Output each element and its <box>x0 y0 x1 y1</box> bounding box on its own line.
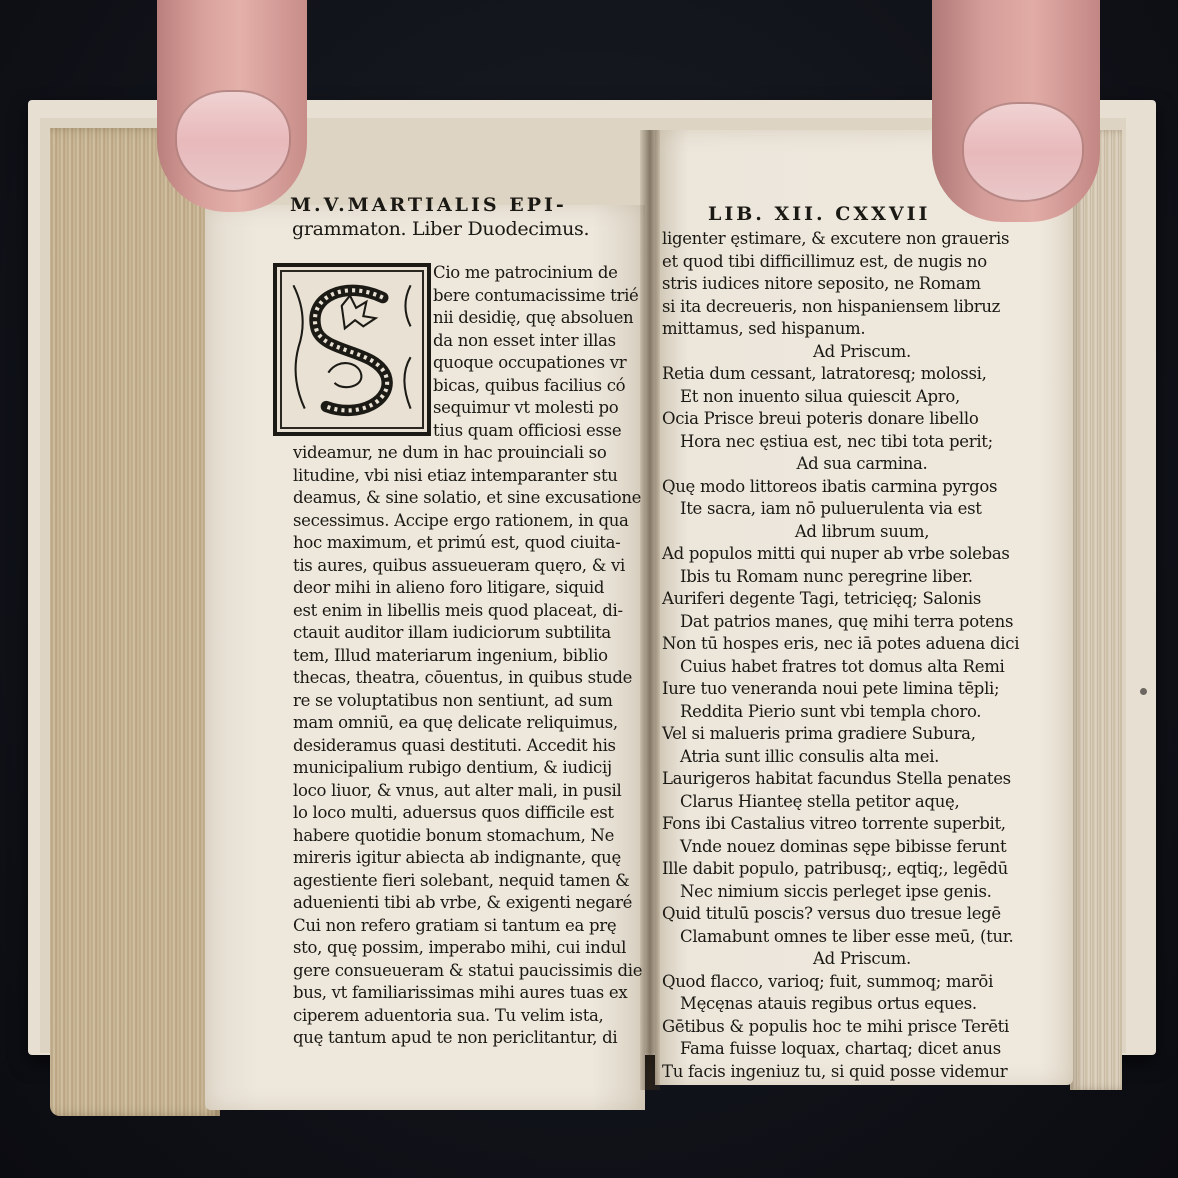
decorated-initial-s <box>273 263 431 436</box>
text-line: tis aures, quibus assueueram quęro, & vi <box>293 555 643 578</box>
left-running-head: M.V.MARTIALIS EPI- grammaton. Liber Duod… <box>290 193 640 241</box>
verse-line: Ocia Prisce breui poteris donare libello <box>662 408 1062 431</box>
text-line: Cui non refero gratiam si tantum ea prę <box>293 915 643 938</box>
poem-title: Ad librum suum, <box>662 521 1062 544</box>
left-page-opening-lines: Cio me patrocinium de bere contumacissim… <box>433 262 643 442</box>
text-line: desideramus quasi destituti. Accedit his <box>293 735 643 758</box>
text-line: sto, quę possim, imperabo mihi, cui indu… <box>293 937 643 960</box>
text-line: Cio me patrocinium de <box>433 262 643 285</box>
poem-title: Ad sua carmina. <box>662 453 1062 476</box>
verse-line: Atria sunt illic consulis alta mei. <box>662 746 1062 769</box>
verse-line: Nec nimium siccis perleget ipse genis. <box>662 881 1062 904</box>
verse-line: Et non inuento silua quiescit Apro, <box>662 386 1062 409</box>
verse-line: Quid titulū poscis? versus duo tresue le… <box>662 903 1062 926</box>
text-line: nii desidię, quę absoluen <box>433 307 643 330</box>
book-photo-scene: M.V.MARTIALIS EPI- grammaton. Liber Duod… <box>0 0 1178 1178</box>
verse-line: Ite sacra, iam nō puluerulenta via est <box>662 498 1062 521</box>
text-line: hoc maximum, et primú est, quod ciuita- <box>293 532 643 555</box>
verse-line: Ad populos mitti qui nuper ab vrbe soleb… <box>662 543 1062 566</box>
poem-title: Ad Priscum. <box>662 948 1062 971</box>
text-line: habere quotidie bonum stomachum, Ne <box>293 825 643 848</box>
text-line: thecas, theatra, cōuentus, in quibus stu… <box>293 667 643 690</box>
text-line: tem, Illud materiarum ingenium, biblio <box>293 645 643 668</box>
verse-line: Dat patrios manes, quę mihi terra potens <box>662 611 1062 634</box>
text-line: quę tantum apud te non periclitantur, di <box>293 1027 643 1050</box>
text-line: secessimus. Accipe ergo rationem, in qua <box>293 510 643 533</box>
verse-line: Quod flacco, varioq; fuit, summoq; marōi <box>662 971 1062 994</box>
right-running-head: LIB. XII. CXXVII <box>708 203 930 226</box>
left-thumb <box>157 0 307 212</box>
text-line: aduenienti tibi ab vrbe, & exigenti nega… <box>293 892 643 915</box>
text-line: sequimur vt molesti po <box>433 397 643 420</box>
verse-line: Vel si malueris prima gradiere Subura, <box>662 723 1062 746</box>
text-line: videamur, ne dum in hac prouinciali so <box>293 442 643 465</box>
verse-line: Tu facis ingeniuz tu, si quid posse vide… <box>662 1061 1062 1084</box>
cover-pinhole <box>1140 688 1147 695</box>
text-line: mireris igitur abiecta ab indignante, qu… <box>293 847 643 870</box>
text-line: est enim in libellis meis quod placeat, … <box>293 600 643 623</box>
text-line: ciperem aduentoria sua. Tu velim ista, <box>293 1005 643 1028</box>
text-line: mittamus, sed hispanum. <box>662 318 1062 341</box>
verse-line: Hora nec ęstiua est, nec tibi tota perit… <box>662 431 1062 454</box>
text-line: gere consueueram & statui paucissimis di… <box>293 960 643 983</box>
text-line: litudine, vbi nisi etiaz intemparanter s… <box>293 465 643 488</box>
running-head-line-2: grammaton. Liber Duodecimus. <box>290 217 640 241</box>
text-line: ctauit auditor illam iudiciorum subtilit… <box>293 622 643 645</box>
verse-line: Non tū hospes eris, nec iā potes aduena … <box>662 633 1062 656</box>
verse-line: Gētibus & populis hoc te mihi prisce Ter… <box>662 1016 1062 1039</box>
text-line: bicas, quibus facilius có <box>433 375 643 398</box>
verse-line: Clarus Hianteę stella petitor aquę, <box>662 791 1062 814</box>
text-line: mam omniū, ea quę delicate reliquimus, <box>293 712 643 735</box>
right-thumbnail <box>962 102 1084 202</box>
verse-line: Retia dum cessant, latratoresq; molossi, <box>662 363 1062 386</box>
text-line: ligenter ęstimare, & excutere non grauer… <box>662 228 1062 251</box>
text-line: municipalium rubigo dentium, & iudicij <box>293 757 643 780</box>
verse-line: Auriferi degente Tagi, tetricięq; Saloni… <box>662 588 1062 611</box>
text-line: lo loco multi, aduersus quos difficile e… <box>293 802 643 825</box>
book-gutter <box>640 130 660 1090</box>
text-line: bere contumacissime trié <box>433 285 643 308</box>
poem-title: Ad Priscum. <box>662 341 1062 364</box>
verse-line: Iure tuo veneranda noui pete limina tēpl… <box>662 678 1062 701</box>
text-line: et quod tibi difficillimuz est, de nugis… <box>662 251 1062 274</box>
text-line: bus, vt familiarissimas mihi aures tuas … <box>293 982 643 1005</box>
text-line: quoque occupationes vr <box>433 352 643 375</box>
running-head-line-1: M.V.MARTIALIS EPI- <box>290 193 640 217</box>
woodcut-initial-s-icon <box>285 275 419 424</box>
verse-line: Fama fuisse loquax, chartaq; dicet anus <box>662 1038 1062 1061</box>
verse-line: Vnde nouez dominas sępe bibisse ferunt <box>662 836 1062 859</box>
verse-line: Laurigeros habitat facundus Stella penat… <box>662 768 1062 791</box>
left-page-stack-fore-edge <box>50 128 220 1116</box>
right-page-body: ligenter ęstimare, & excutere non grauer… <box>662 228 1062 1083</box>
left-page-body: videamur, ne dum in hac prouinciali so l… <box>293 442 643 1050</box>
text-line: deor mihi in alieno foro litigare, siqui… <box>293 577 643 600</box>
text-line: si ita decreueris, non hispaniensem libr… <box>662 296 1062 319</box>
verse-line: Ille dabit populo, patribusq;, eqtiq;, l… <box>662 858 1062 881</box>
verse-line: Quę modo littoreos ibatis carmina pyrgos <box>662 476 1062 499</box>
verse-line: Męcęnas atauis regibus ortus eques. <box>662 993 1062 1016</box>
text-line: stris iudices nitore seposito, ne Romam <box>662 273 1062 296</box>
verse-line: Ibis tu Romam nunc peregrine liber. <box>662 566 1062 589</box>
text-line: tius quam officiosi esse <box>433 420 643 443</box>
text-line: loco liuor, & vnus, aut alter mali, in p… <box>293 780 643 803</box>
text-line: da non esset inter illas <box>433 330 643 353</box>
text-line: re se voluptatibus non sentiunt, ad sum <box>293 690 643 713</box>
verse-line: Reddita Pierio sunt vbi templa choro. <box>662 701 1062 724</box>
text-line: agestiente fieri solebant, nequid tamen … <box>293 870 643 893</box>
left-thumbnail <box>175 90 291 192</box>
verse-line: Cuius habet fratres tot domus alta Remi <box>662 656 1062 679</box>
verse-line: Fons ibi Castalius vitreo torrente super… <box>662 813 1062 836</box>
right-page-stack-fore-edge <box>1070 130 1122 1090</box>
text-line: deamus, & sine solatio, et sine excusati… <box>293 487 643 510</box>
right-thumb <box>932 0 1100 222</box>
verse-line: Clamabunt omnes te liber esse meū, (tur. <box>662 926 1062 949</box>
